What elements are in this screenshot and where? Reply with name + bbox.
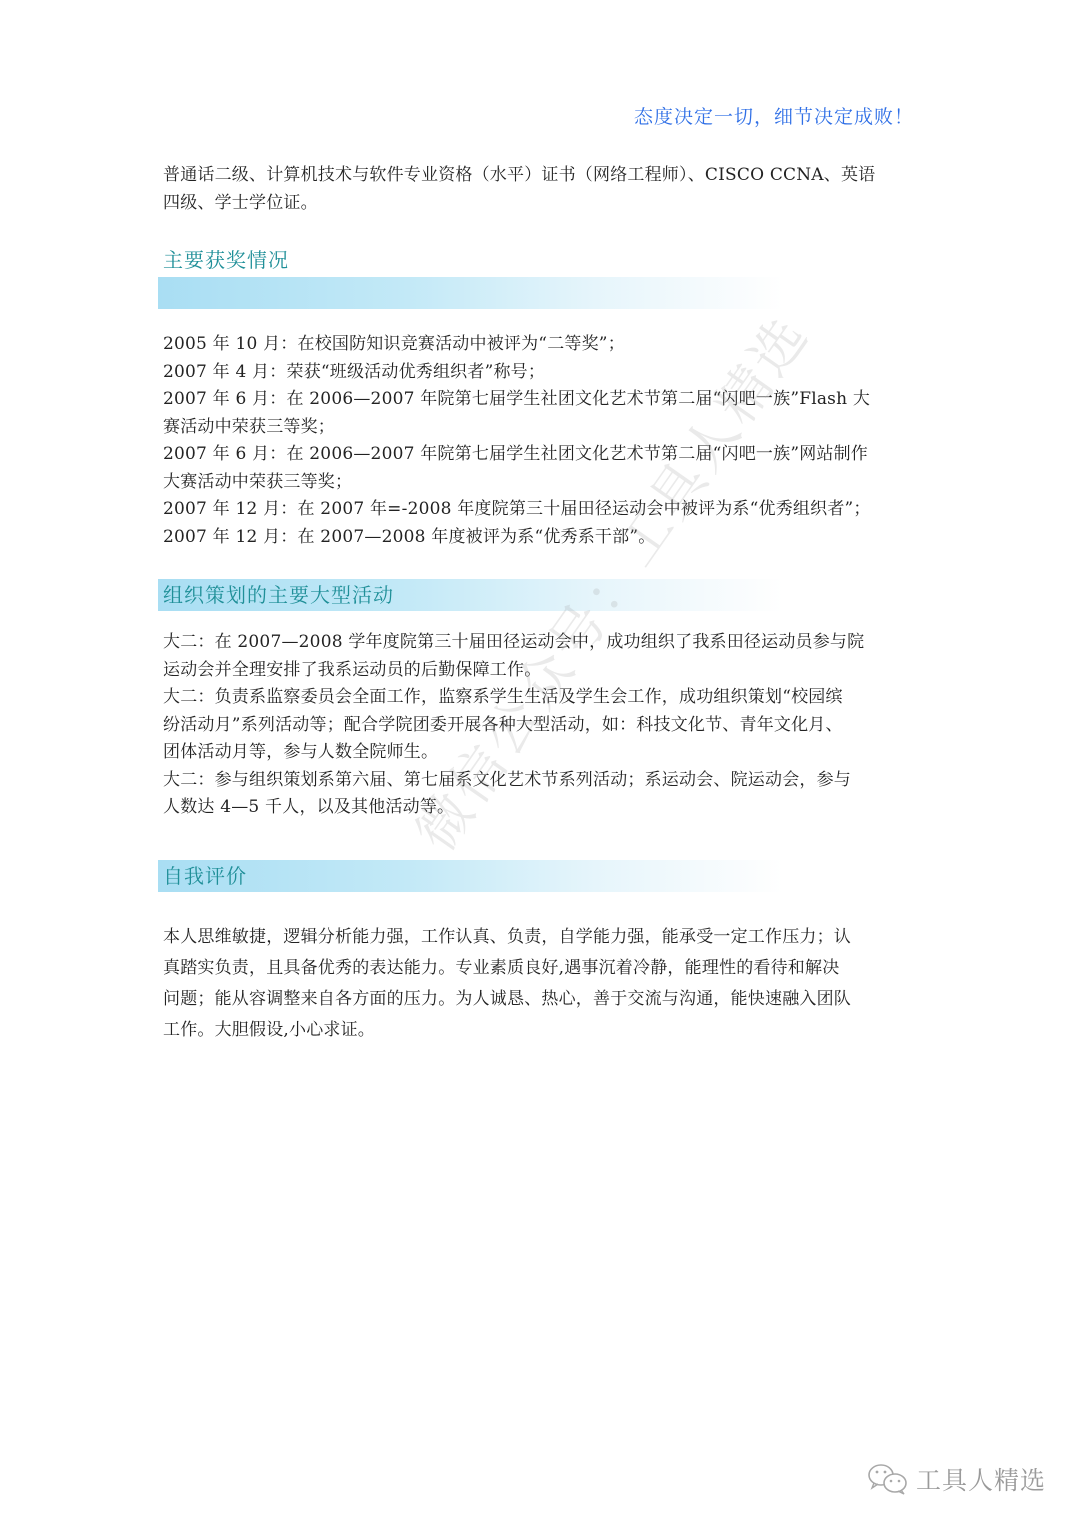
activity-line: 团体活动月等，参与人数全院师生。 xyxy=(163,739,919,767)
activity-line: 运动会并全理安排了我系运动员的后勤保障工作。 xyxy=(163,657,919,685)
award-line: 2007 年 12 月：在 2007—2008 年度被评为系“优秀系干部”。 xyxy=(163,524,919,552)
footer-badge: 工具人精选 xyxy=(866,1461,1046,1497)
award-line: 赛活动中荣获三等奖； xyxy=(163,414,919,442)
section-title-awards: 主要获奖情况 xyxy=(158,243,783,277)
self-evaluation-line: 真踏实负责，且具备优秀的表达能力。专业素质良好,遇事沉着冷静，能理性的看待和解决 xyxy=(163,953,919,984)
activity-line: 大二：在 2007—2008 学年度院第三十届田径运动会中，成功组织了我系田径运… xyxy=(163,629,919,657)
activity-line: 大二：负责系监察委员会全面工作，监察系学生生活及学生会工作，成功组织策划“校园缤 xyxy=(163,684,919,712)
section-title-activities: 组织策划的主要大型活动 xyxy=(158,579,783,611)
self-evaluation-line: 问题；能从容调整来自各方面的压力。为人诚恳、热心，善于交流与沟通，能快速融入团队 xyxy=(163,984,919,1015)
resume-content: 普通话二级、计算机技术与软件专业资格（水平）证书（网络工程师）、CISCO CC… xyxy=(163,162,919,1046)
self-evaluation-paragraph: 本人思维敏捷，逻辑分析能力强，工作认真、负责，自学能力强，能承受一定工作压力；认… xyxy=(163,922,919,1046)
section-title-self-evaluation: 自我评价 xyxy=(158,860,783,892)
self-evaluation-line: 本人思维敏捷，逻辑分析能力强，工作认真、负责，自学能力强，能承受一定工作压力；认 xyxy=(163,922,919,953)
section-header-activities: 组织策划的主要大型活动 xyxy=(158,579,783,611)
wechat-icon xyxy=(866,1462,910,1496)
self-evaluation-line: 工作。大胆假设,小心求证。 xyxy=(163,1015,919,1046)
award-line: 大赛活动中荣获三等奖； xyxy=(163,469,919,497)
section-header-self-evaluation: 自我评价 xyxy=(158,860,783,892)
certificates-line: 四级、学士学位证。 xyxy=(163,190,919,218)
awards-list: 2005 年 10 月：在校国防知识竞赛活动中被评为“二等奖”； 2007 年 … xyxy=(163,331,919,551)
award-line: 2007 年 12 月：在 2007 年=-2008 年度院第三十届田径运动会中… xyxy=(163,496,919,524)
activity-line: 纷活动月”系列活动等；配合学院团委开展各种大型活动，如：科技文化节、青年文化月、 xyxy=(163,712,919,740)
motto-header: 态度决定一切，细节决定成败！ xyxy=(634,102,914,129)
activity-line: 大二：参与组织策划系第六届、第七届系文化艺术节系列活动；系运动会、院运动会，参与 xyxy=(163,767,919,795)
certificates-paragraph: 普通话二级、计算机技术与软件专业资格（水平）证书（网络工程师）、CISCO CC… xyxy=(163,162,919,217)
certificates-line: 普通话二级、计算机技术与软件专业资格（水平）证书（网络工程师）、CISCO CC… xyxy=(163,162,919,190)
activity-line: 人数达 4—5 千人，以及其他活动等。 xyxy=(163,794,919,822)
award-line: 2007 年 6 月：在 2006—2007 年院第七届学生社团文化艺术节第二届… xyxy=(163,441,919,469)
footer-account-name: 工具人精选 xyxy=(916,1461,1046,1497)
award-line: 2007 年 4 月：荣获“班级活动优秀组织者”称号； xyxy=(163,359,919,387)
section-header-awards: 主要获奖情况 xyxy=(158,243,783,309)
activities-list: 大二：在 2007—2008 学年度院第三十届田径运动会中，成功组织了我系田径运… xyxy=(163,629,919,822)
award-line: 2007 年 6 月：在 2006—2007 年院第七届学生社团文化艺术节第二届… xyxy=(163,386,919,414)
section-bar-decoration xyxy=(158,277,783,309)
award-line: 2005 年 10 月：在校国防知识竞赛活动中被评为“二等奖”； xyxy=(163,331,919,359)
